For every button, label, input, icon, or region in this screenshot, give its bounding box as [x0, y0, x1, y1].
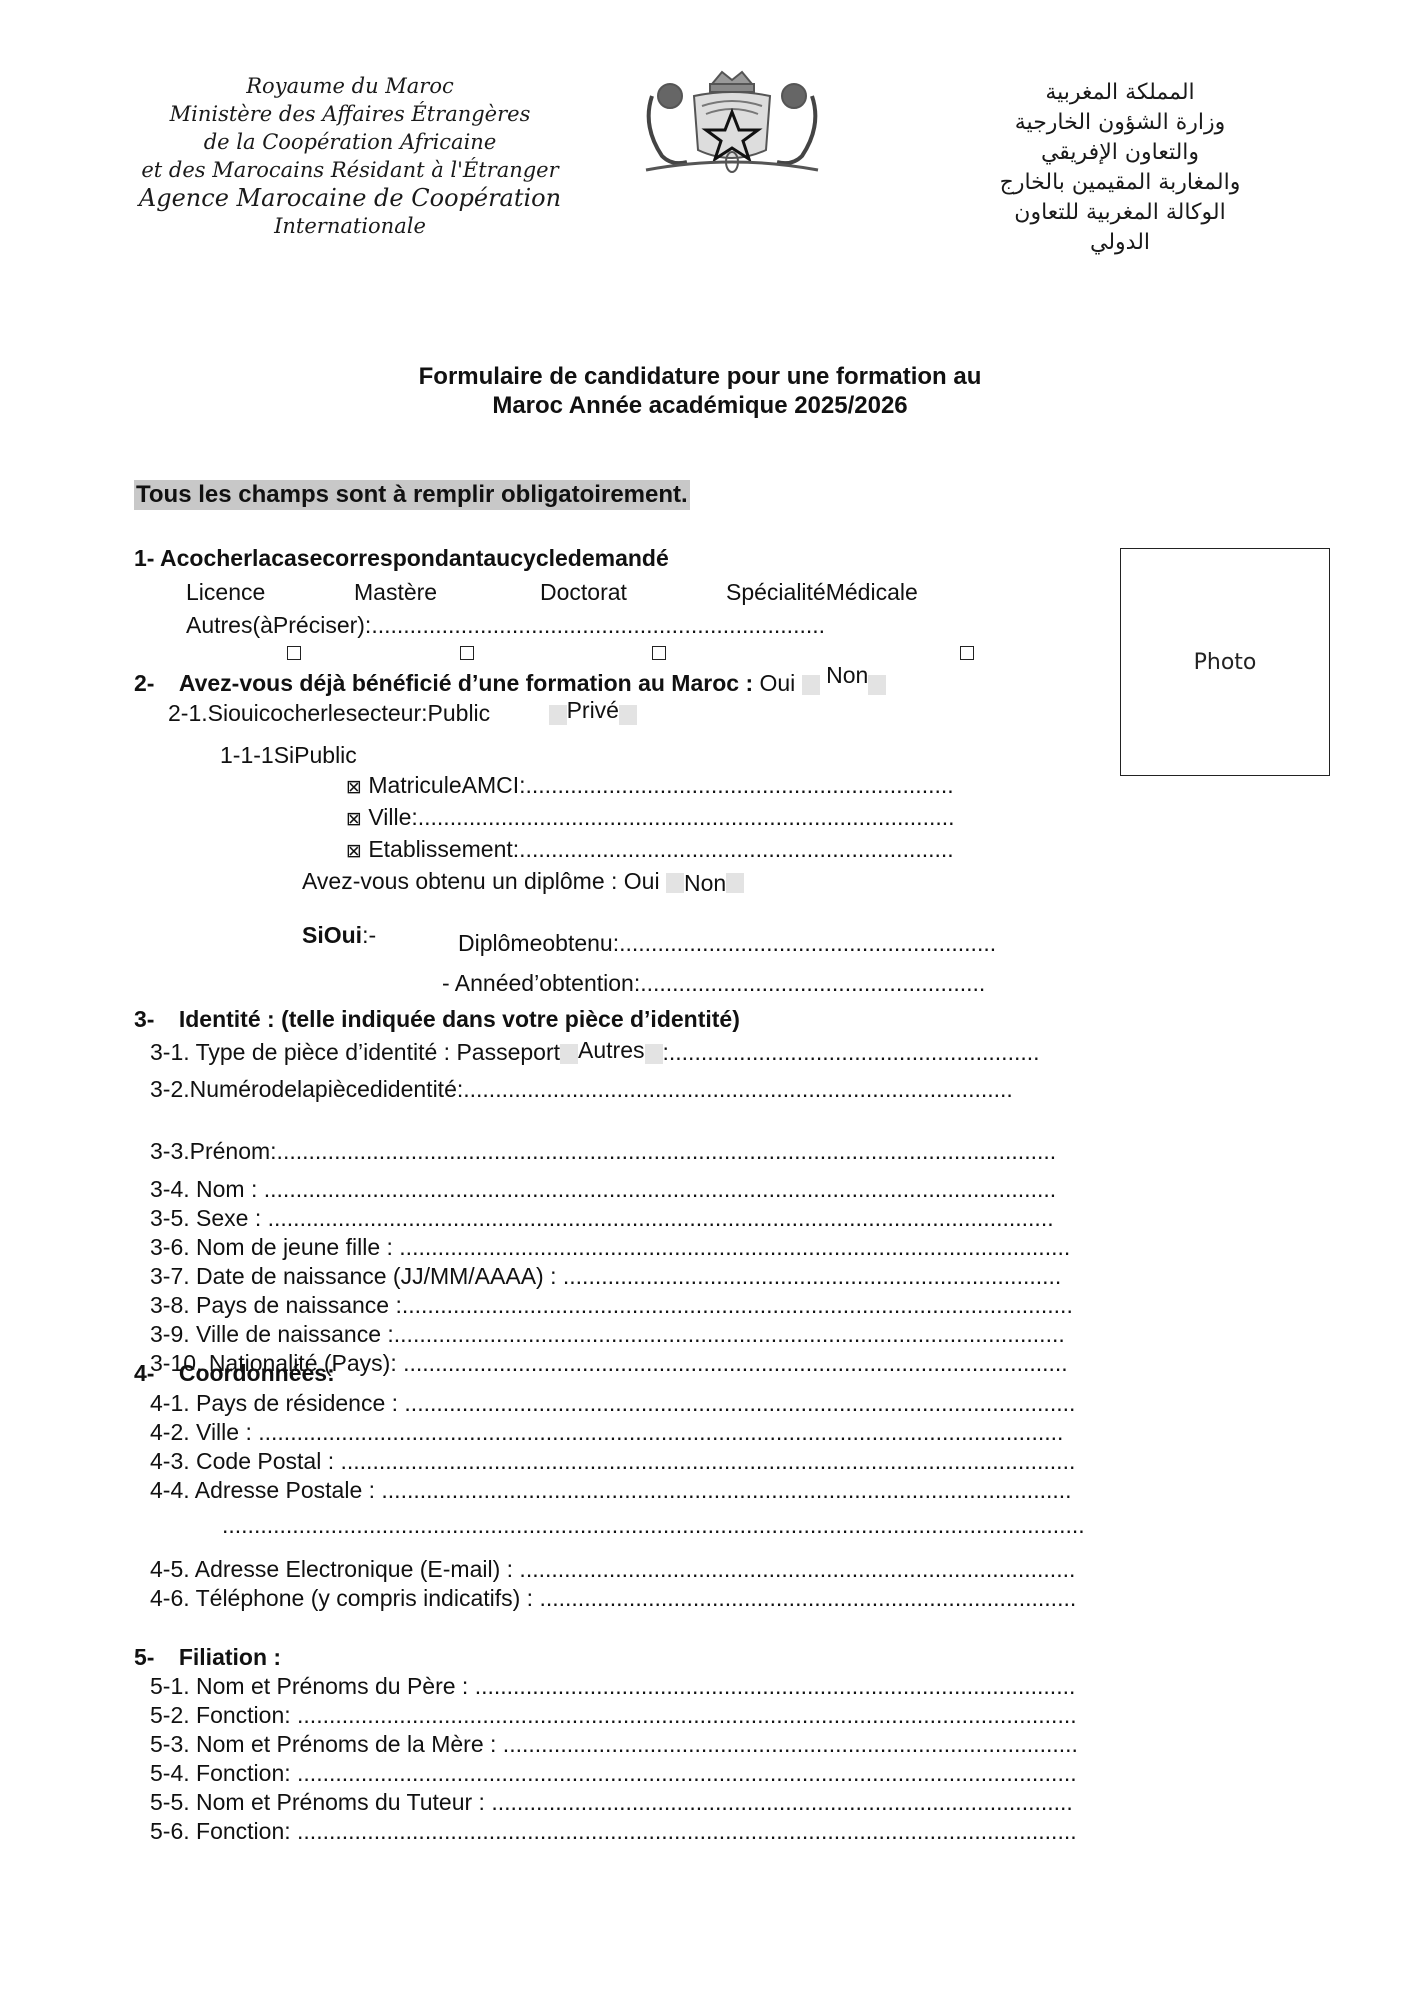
- option-mastere: Mastère: [354, 579, 437, 606]
- postal-address-field[interactable]: 4-4. Adresse Postale : .................…: [150, 1477, 1072, 1504]
- phone-field[interactable]: 4-6. Téléphone (y compris indicatifs) : …: [150, 1585, 1076, 1612]
- if-yes-bold: SiOui: [302, 922, 362, 948]
- diploma-non-label: Non: [684, 870, 726, 896]
- section2-number: 2-: [134, 670, 154, 696]
- section3-number: 3-: [134, 1006, 154, 1032]
- checkbox-non[interactable]: [868, 675, 886, 695]
- prive-label: Privé: [567, 697, 619, 723]
- postal-code-field[interactable]: 4-3. Code Postal : .....................…: [150, 1448, 1075, 1475]
- mother-name-field[interactable]: 5-3. Nom et Prénoms de la Mère : .......…: [150, 1731, 1078, 1758]
- father-occupation-field[interactable]: 5-2. Fonction: .........................…: [150, 1702, 1077, 1729]
- sector-label: 2-1.Siouicocherlesecteur:Public: [168, 700, 490, 726]
- section5-heading-row: 5- Filiation :: [134, 1644, 281, 1671]
- checkbox-mastere[interactable]: [460, 646, 474, 660]
- doc-type-row: 3-1. Type de pièce d’identité : Passepor…: [150, 1039, 1040, 1066]
- checkbox-passeport[interactable]: [560, 1044, 578, 1064]
- father-name-field[interactable]: 5-1. Nom et Prénoms du Père : ..........…: [150, 1673, 1075, 1700]
- section4-heading-row: 4- Coordonnées:: [134, 1360, 335, 1387]
- photo-label: Photo: [1194, 650, 1257, 675]
- checkbox-licence[interactable]: [287, 646, 301, 660]
- firstname-field[interactable]: 3-3.Prénom:.............................…: [150, 1138, 1056, 1165]
- diploma-question: Avez-vous obtenu un diplôme : Oui: [302, 868, 660, 894]
- letterhead-line: المملكة المغربية: [900, 78, 1340, 108]
- letterhead-line: et des Marocains Résidant à l'Étranger: [100, 156, 600, 184]
- title-line: Maroc Année académique 2025/2026: [300, 391, 1100, 420]
- letterhead-line: de la Coopération Africaine: [100, 128, 600, 156]
- letterhead-line: والتعاون الإفريقي: [900, 138, 1340, 168]
- doc-other-label: Autres: [578, 1037, 644, 1063]
- letterhead-line: والمغاربة المقيمين بالخارج: [900, 168, 1340, 198]
- ville-label: Ville:..................................…: [368, 804, 954, 830]
- section2-question: Avez-vous déjà bénéficié d’une formation…: [179, 670, 753, 696]
- sector-row: 2-1.Siouicocherlesecteur:Public Privé: [168, 700, 637, 727]
- option-doctorat: Doctorat: [540, 579, 627, 606]
- non-label: Non: [826, 662, 868, 688]
- letterhead-french: Royaume du Maroc Ministère des Affaires …: [100, 72, 600, 240]
- checkbox-doctorat[interactable]: [652, 646, 666, 660]
- residence-city-field[interactable]: 4-2. Ville : ...........................…: [150, 1419, 1063, 1446]
- if-yes-label: SiOui:-: [302, 922, 376, 949]
- birth-country-field[interactable]: 3-8. Pays de naissance :................…: [150, 1292, 1073, 1319]
- doc-number-field[interactable]: 3-2.Numérodelapiècedidentité:...........…: [150, 1076, 1013, 1103]
- diploma-obtained-field[interactable]: Diplômeobtenu:..........................…: [458, 930, 996, 957]
- section4-heading: Coordonnées:: [179, 1360, 335, 1386]
- checkbox-prive[interactable]: [619, 705, 637, 725]
- letterhead-line: Ministère des Affaires Étrangères: [100, 100, 600, 128]
- diploma-question-row: Avez-vous obtenu un diplôme : Oui Non: [302, 868, 744, 895]
- etablissement-field[interactable]: ⊠ Etablissement:........................…: [346, 836, 954, 865]
- postal-address-line2-field[interactable]: ........................................…: [222, 1512, 1085, 1539]
- ville-field[interactable]: ⊠ Ville:................................…: [346, 804, 955, 833]
- option-specialite-medicale: SpécialitéMédicale: [726, 579, 918, 606]
- etablissement-label: Etablissement:..........................…: [368, 836, 953, 862]
- nom-field[interactable]: 3-4. Nom : .............................…: [150, 1176, 1056, 1203]
- title-line: Formulaire de candidature pour une forma…: [300, 362, 1100, 391]
- page-title: Formulaire de candidature pour une forma…: [300, 362, 1100, 420]
- oui-label: Oui: [760, 670, 796, 696]
- letterhead-arabic: المملكة المغربية وزارة الشؤون الخارجية و…: [900, 78, 1340, 258]
- birthdate-field[interactable]: 3-7. Date de naissance (JJ/MM/AAAA) : ..…: [150, 1263, 1061, 1290]
- section1-heading: 1- Acocherlacasecorrespondantaucycledema…: [134, 545, 669, 572]
- section5-number: 5-: [134, 1644, 154, 1670]
- checkbox-autres[interactable]: [645, 1044, 663, 1064]
- guardian-occupation-field[interactable]: 5-6. Fonction: .........................…: [150, 1818, 1077, 1845]
- missing-glyph-icon: ⊠: [346, 840, 362, 862]
- doc-type-label: 3-1. Type de pièce d’identité : Passepor…: [150, 1039, 560, 1065]
- maiden-name-field[interactable]: 3-6. Nom de jeune fille : ..............…: [150, 1234, 1070, 1261]
- letterhead-line: الدولي: [900, 228, 1340, 258]
- birth-city-field[interactable]: 3-9. Ville de naissance :...............…: [150, 1321, 1065, 1348]
- letterhead-line: Royaume du Maroc: [100, 72, 600, 100]
- guardian-name-field[interactable]: 5-5. Nom et Prénoms du Tuteur : ........…: [150, 1789, 1073, 1816]
- if-yes-suffix: :-: [362, 922, 376, 948]
- letterhead-line: الوكالة المغربية للتعاون: [900, 198, 1340, 228]
- section4-number: 4-: [134, 1360, 154, 1386]
- option-licence: Licence: [186, 579, 265, 606]
- required-notice: Tous les champs sont à remplir obligatoi…: [134, 480, 690, 510]
- email-field[interactable]: 4-5. Adresse Electronique (E-mail) : ...…: [150, 1556, 1075, 1583]
- section3-heading: Identité : (telle indiquée dans votre pi…: [179, 1006, 740, 1032]
- missing-glyph-icon: ⊠: [346, 776, 362, 798]
- sexe-field[interactable]: 3-5. Sexe : ............................…: [150, 1205, 1054, 1232]
- checkbox-specialite-medicale[interactable]: [960, 646, 974, 660]
- checkbox-diploma-oui[interactable]: [666, 873, 684, 893]
- checkbox-diploma-non[interactable]: [726, 873, 744, 893]
- matricule-amci-label: MatriculeAMCI:..........................…: [368, 772, 953, 798]
- missing-glyph-icon: ⊠: [346, 808, 362, 830]
- letterhead-line: Internationale: [100, 212, 600, 240]
- section3-heading-row: 3- Identité : (telle indiquée dans votre…: [134, 1006, 740, 1033]
- mother-occupation-field[interactable]: 5-4. Fonction: .........................…: [150, 1760, 1077, 1787]
- checkbox-public[interactable]: [549, 705, 567, 725]
- section5-heading: Filiation :: [179, 1644, 281, 1670]
- letterhead-line: وزارة الشؤون الخارجية: [900, 108, 1340, 138]
- checkbox-oui[interactable]: [802, 675, 820, 695]
- coat-of-arms-icon: [632, 66, 832, 184]
- section2-question-row: 2- Avez-vous déjà bénéficié d’une format…: [134, 670, 886, 697]
- residence-country-field[interactable]: 4-1. Pays de résidence : ...............…: [150, 1390, 1075, 1417]
- option-autres-field[interactable]: Autres(àPréciser):......................…: [186, 612, 825, 639]
- letterhead-line: Agence Marocaine de Coopération: [100, 184, 600, 212]
- matricule-amci-field[interactable]: ⊠ MatriculeAMCI:........................…: [346, 772, 954, 801]
- photo-box[interactable]: Photo: [1120, 548, 1330, 776]
- doc-other-field[interactable]: :.......................................…: [663, 1039, 1040, 1065]
- year-obtained-field[interactable]: - Annéed’obtention:.....................…: [442, 970, 985, 997]
- if-public-label: 1-1-1SiPublic: [220, 742, 357, 769]
